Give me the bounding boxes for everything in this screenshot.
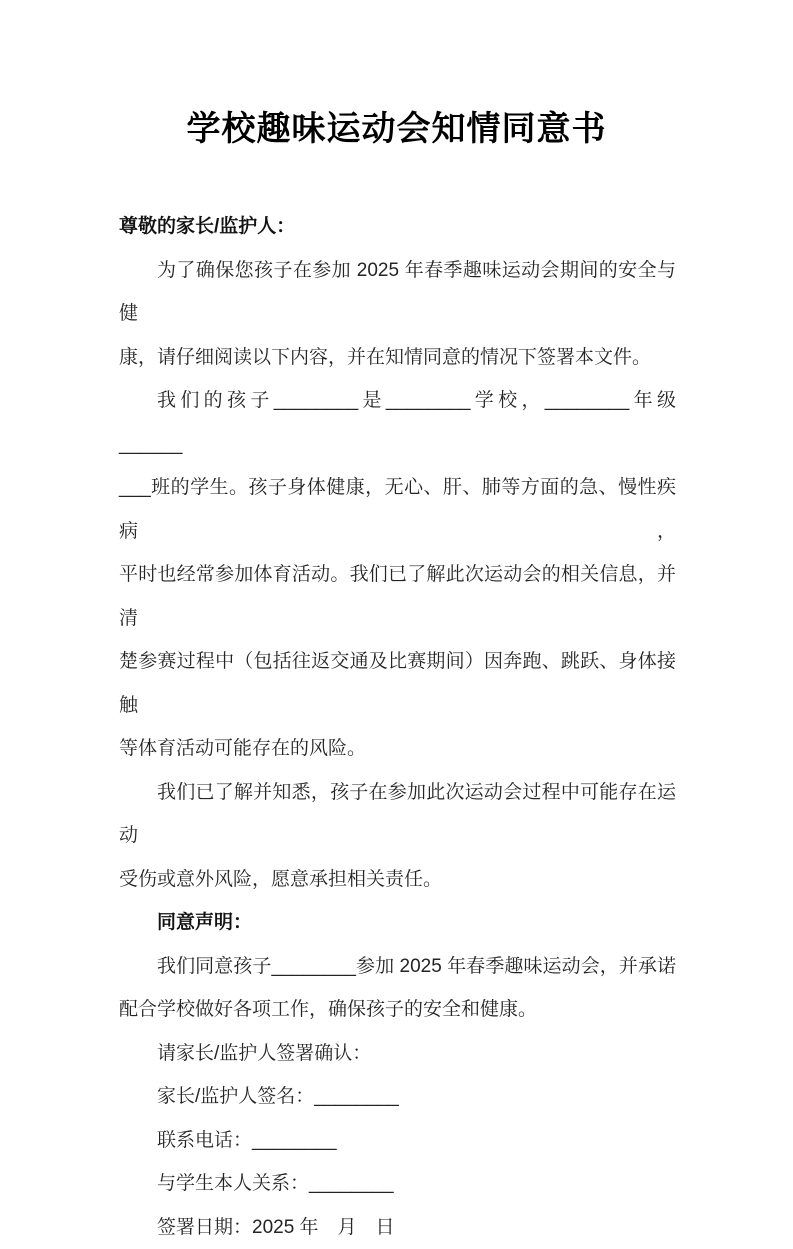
consent-line-2: 配合学校做好各项工作，确保孩子的安全和健康。	[119, 988, 676, 1032]
signature-name-field: 家长/监护人签名：________	[119, 1075, 676, 1119]
child-info-line-5: 等体育活动可能存在的风险。	[119, 727, 676, 771]
relationship-field: 与学生本人关系：________	[119, 1162, 676, 1206]
document-body: 尊敬的家长/监护人： 为了确保您孩子在参加 2025 年春季趣味运动会期间的安全…	[0, 205, 793, 1249]
document-page: 学校趣味运动会知情同意书 尊敬的家长/监护人： 为了确保您孩子在参加 2025 …	[0, 0, 793, 1122]
child-info-line-3: 平时也经常参加体育活动。我们已了解此次运动会的相关信息，并清	[119, 553, 676, 640]
child-info-line-4: 楚参赛过程中（包括往返交通及比赛期间）因奔跑、跳跃、身体接触	[119, 640, 676, 727]
signature-prompt: 请家长/监护人签署确认：	[119, 1032, 676, 1076]
contact-phone-field: 联系电话：________	[119, 1119, 676, 1163]
intro-paragraph-line-2: 康，请仔细阅读以下内容，并在知情同意的情况下签署本文件。	[119, 336, 676, 380]
document-title: 学校趣味运动会知情同意书	[0, 104, 793, 154]
child-info-line-2: ___班的学生。孩子身体健康，无心、肝、肺等方面的急、慢性疾病，	[119, 466, 676, 553]
intro-paragraph-line-1: 为了确保您孩子在参加 2025 年春季趣味运动会期间的安全与健	[119, 249, 676, 336]
consent-line-1: 我们同意孩子________参加 2025 年春季趣味运动会，并承诺	[119, 945, 676, 989]
risk-acknowledgement-line-2: 受伤或意外风险，愿意承担相关责任。	[119, 858, 676, 902]
signature-date-field: 签署日期：2025 年 月 日	[119, 1206, 676, 1249]
consent-heading: 同意声明：	[119, 901, 676, 945]
salutation: 尊敬的家长/监护人：	[119, 205, 676, 249]
child-info-line-1: 我们的孩子________是________学校，________年级_____…	[119, 379, 676, 466]
risk-acknowledgement-line-1: 我们已了解并知悉，孩子在参加此次运动会过程中可能存在运动	[119, 771, 676, 858]
